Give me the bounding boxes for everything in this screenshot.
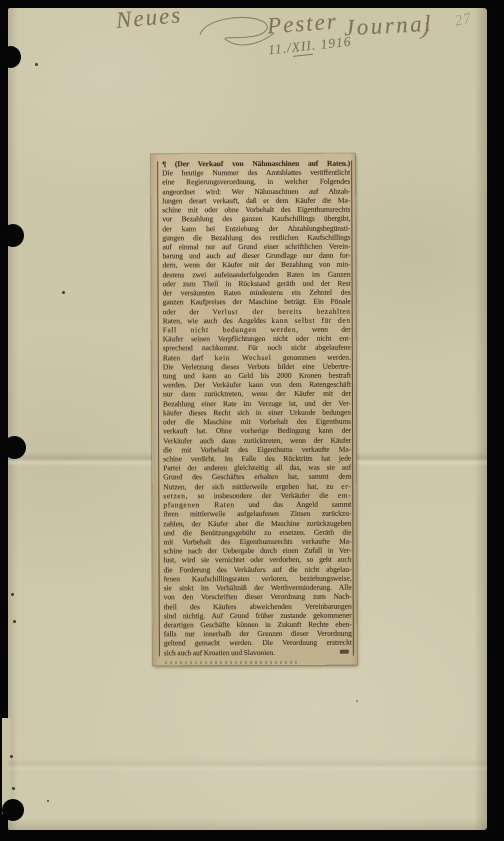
article-text-line: eine Regierungsverordnung, in welcher Fo… bbox=[162, 177, 350, 187]
newspaper-clipping: ¶ (Der Verkauf von Nähmaschinen auf Rate… bbox=[151, 154, 357, 666]
paper-speck bbox=[35, 63, 38, 66]
handwritten-date-year: . 1916 bbox=[311, 34, 352, 53]
cut-off-text-sliver bbox=[165, 661, 297, 664]
pencil-archive-number: 27 bbox=[453, 10, 473, 30]
article-text-line: Nutzen, der sich mittlerweile ergeben ha… bbox=[163, 481, 351, 491]
article-text-line: destens zwei aufeinanderfolgenden Raten … bbox=[163, 269, 351, 279]
ink-smudge bbox=[340, 650, 349, 654]
column-rule-left bbox=[157, 161, 160, 656]
clipping-article-text: ¶ (Der Verkauf von Nähmaschinen auf Rate… bbox=[162, 159, 352, 657]
article-text-line: lust, wird sie vernichtet oder verdorben… bbox=[164, 555, 352, 565]
paper-speck bbox=[47, 800, 49, 802]
article-text-line: die Forderung des Verkäufers auf die nic… bbox=[164, 564, 352, 574]
article-text-line: von den Vorschriften dieser Verordnung z… bbox=[164, 592, 352, 602]
punch-hole bbox=[2, 799, 24, 821]
article-text-line: Grund des Geschäftes erhalten hat, sammt… bbox=[163, 472, 351, 482]
article-text-line: der kann bei Entziehung der Abzahlungsbe… bbox=[162, 223, 350, 233]
punch-hole bbox=[0, 46, 21, 68]
article-text-line: verkauft hat. Ohne vorherige Bedingung k… bbox=[163, 426, 351, 436]
handwritten-date-day: 11./ bbox=[267, 40, 292, 57]
handwritten-publication-name-part2: Pester bbox=[266, 9, 338, 40]
scanned-archive-page: Neues Pester Journal ) 11./XII. 1916 27 … bbox=[0, 0, 504, 841]
article-text-line: sich auch auf Kroatien und Slavonien. bbox=[164, 647, 352, 657]
paper-speck bbox=[10, 755, 13, 758]
article-text-line: sprechend nachkommt. Für noch nicht abge… bbox=[163, 343, 351, 353]
paper-speck bbox=[356, 700, 358, 702]
punch-hole bbox=[3, 436, 26, 459]
article-text-line: theil des Käufers abweichenden Vereinbar… bbox=[164, 601, 352, 611]
article-text-line: angeordnet wird: Wer Nähmaschinen auf Ab… bbox=[162, 186, 350, 196]
article-text-line: zahlen, der Käufer aber die Maschine zur… bbox=[163, 518, 351, 528]
article-text-line: nur dann zurücktreten, wenn der Käufer m… bbox=[163, 389, 351, 399]
paper-speck bbox=[11, 593, 14, 596]
article-text-line: geltend gemacht werden. Die Verordnung e… bbox=[164, 638, 352, 648]
article-text-line: Raten darf kein Wechsel genommen werden. bbox=[163, 352, 351, 362]
article-text-line: ihren mittlerweile aufgelaufenen Zinsen … bbox=[163, 509, 351, 519]
article-text-line: dern, wenn der Käufer mit der Bezahlung … bbox=[162, 260, 350, 270]
article-text-line: Verkäufer auch dann zurücktreten, wenn d… bbox=[163, 435, 351, 445]
paper-speck bbox=[12, 787, 15, 790]
handwriting-flourish-loop bbox=[196, 13, 276, 47]
handwritten-date-month: XII bbox=[291, 38, 313, 57]
paper-speck bbox=[13, 620, 16, 623]
punch-hole bbox=[2, 224, 24, 247]
paper-crease-lower bbox=[8, 758, 487, 772]
article-text-line: Bezahlung einer Rate im Verzuge ist, und… bbox=[163, 398, 351, 408]
article-text-line: vor Bezahlung des ganzen Kaufschillings … bbox=[162, 214, 350, 224]
paper-speck bbox=[62, 291, 65, 294]
